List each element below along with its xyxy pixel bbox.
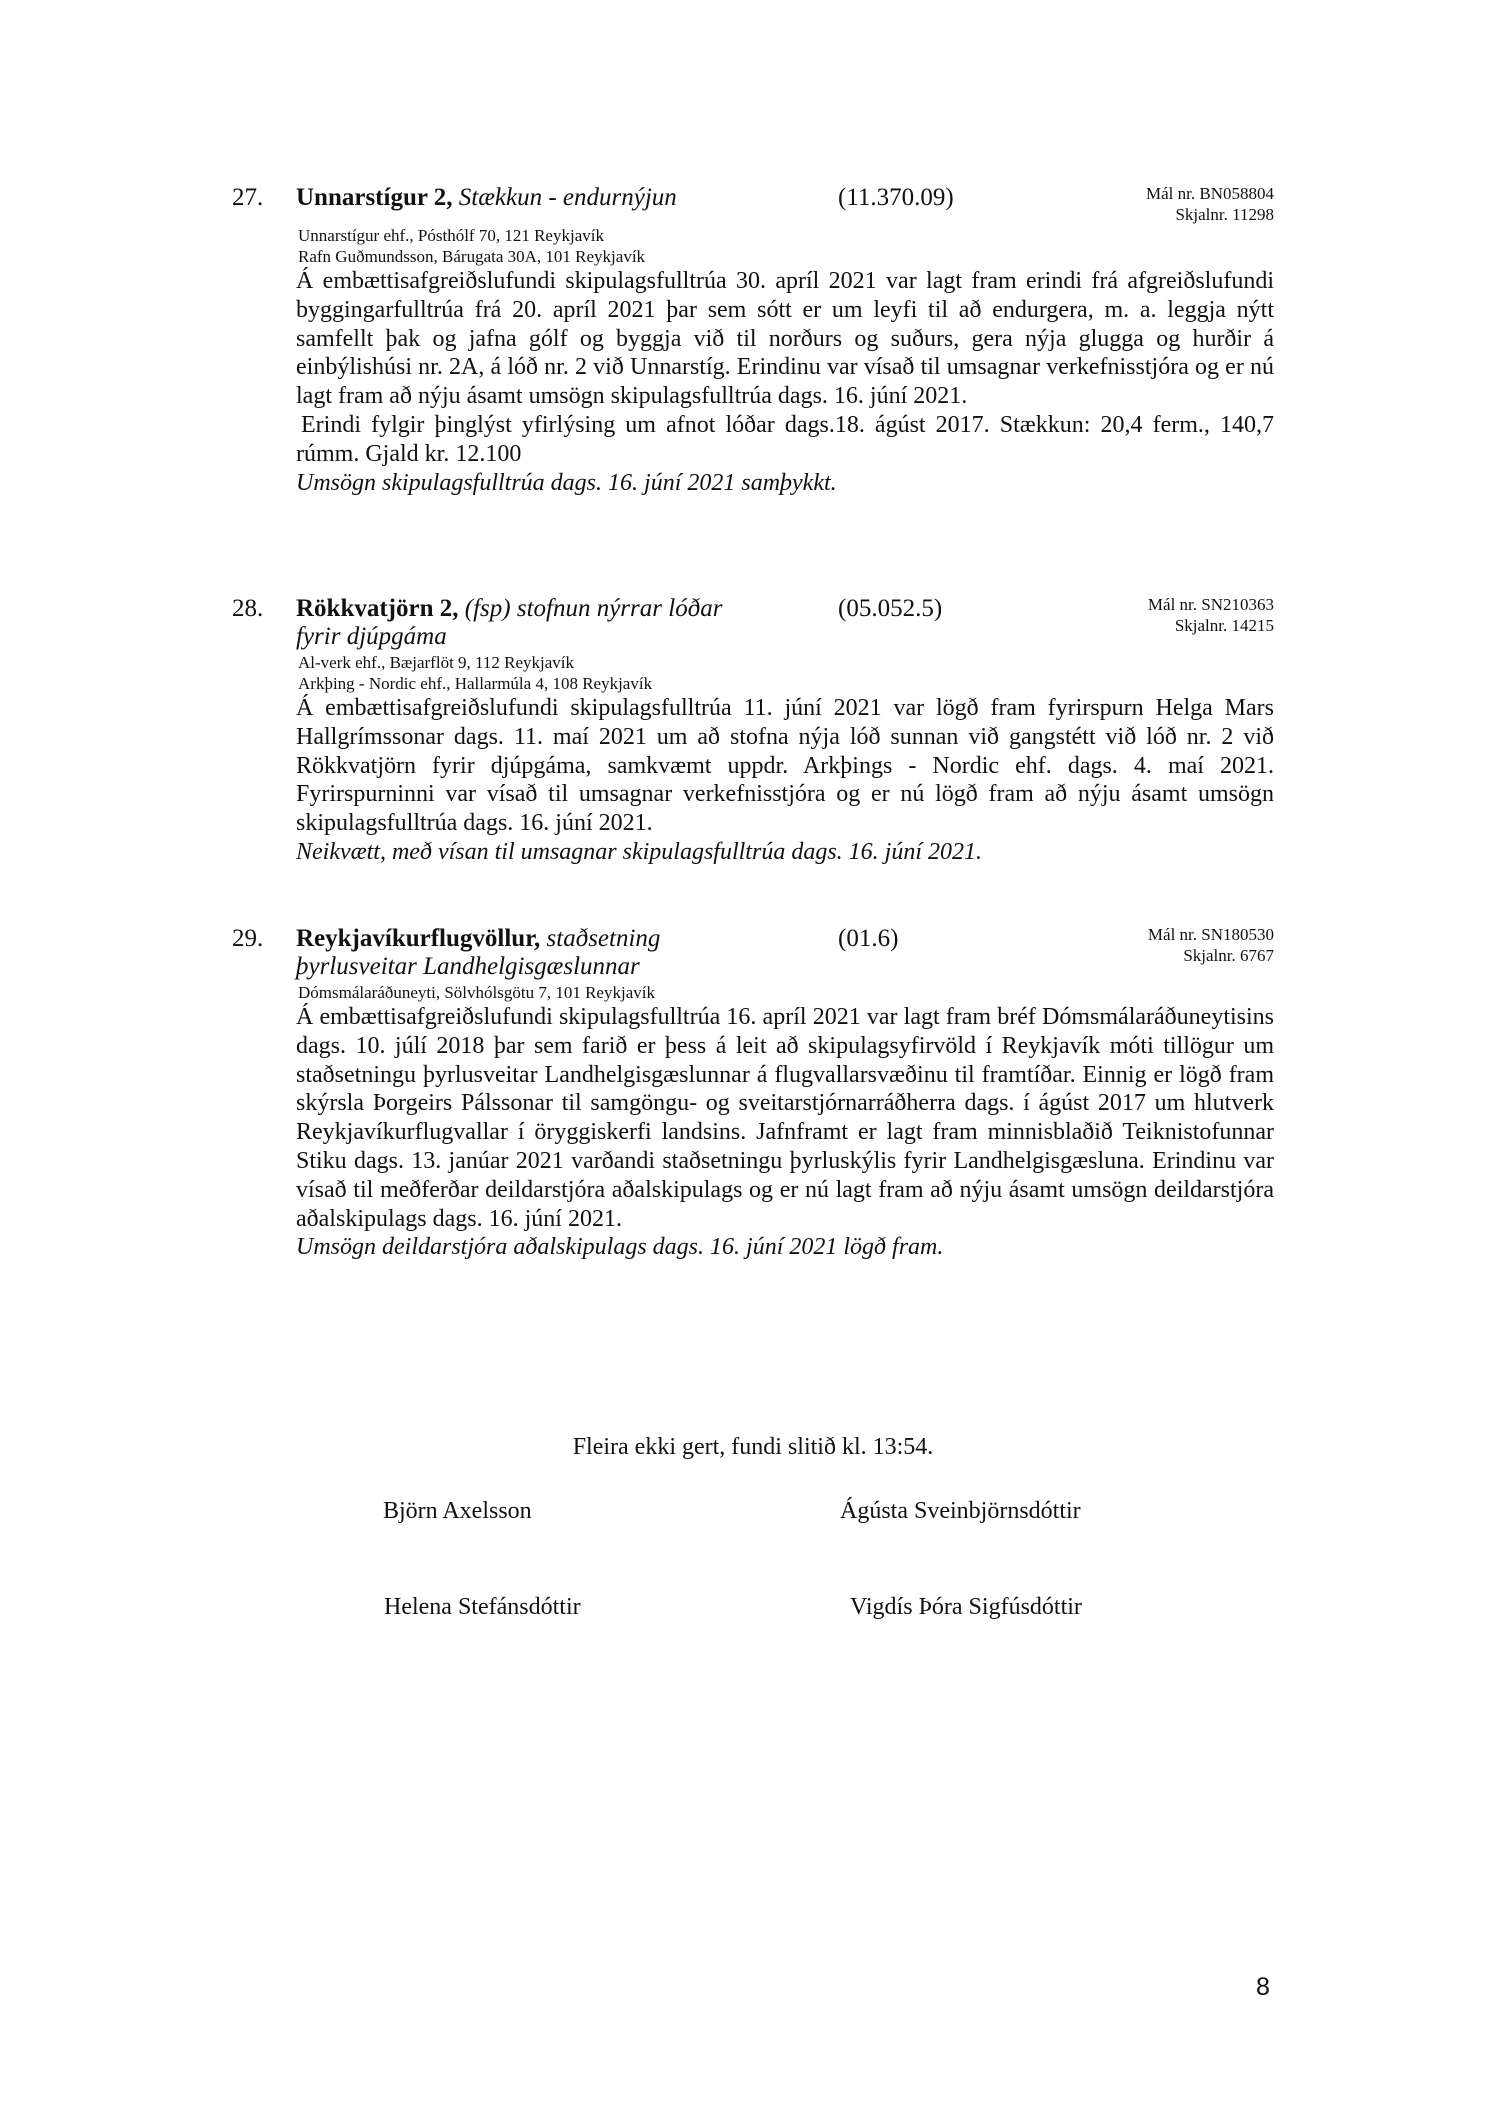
applicant: Arkþing - Nordic ehf., Hallarmúla 4, 108… (298, 673, 1274, 694)
case-number: Mál nr. SN180530 (1148, 924, 1274, 945)
paragraph: Á embættisafgreiðslufundi skipulagsfullt… (296, 1003, 1274, 1233)
item-land-code: (01.6) (838, 922, 898, 956)
case-number: Mál nr. SN210363 (1148, 594, 1274, 615)
page-number: 8 (1256, 1972, 1270, 2002)
item-decision: Neikvætt, með vísan til umsagnar skipula… (296, 838, 1274, 867)
item-reference: Mál nr. SN210363 Skjalnr. 14215 (1148, 594, 1274, 636)
applicant: Rafn Guðmundsson, Bárugata 30A, 101 Reyk… (298, 246, 1274, 267)
item-reference: Mál nr. SN180530 Skjalnr. 6767 (1148, 924, 1274, 966)
item-subject-continued: þyrlusveitar Landhelgisgæslunnar (296, 952, 1274, 982)
applicant: Unnarstígur ehf., Pósthólf 70, 121 Reykj… (298, 225, 1274, 246)
file-number: Skjalnr. 14215 (1148, 615, 1274, 636)
item-subject-continued: fyrir djúpgáma (296, 622, 1274, 652)
case-number: Mál nr. BN058804 (1146, 183, 1274, 204)
item-description: Á embættisafgreiðslufundi skipulagsfullt… (296, 267, 1274, 469)
agenda-item-29: 29. Reykjavíkurflugvöllur, staðsetning (… (232, 922, 1274, 1262)
item-decision: Umsögn deildarstjóra aðalskipulags dags.… (296, 1233, 1274, 1262)
item-title: Rökkvatjörn 2, (fsp) stofnun nýrrar lóða… (296, 592, 722, 626)
item-decision: Umsögn skipulagsfulltrúa dags. 16. júní … (296, 469, 1274, 498)
item-description: Á embættisafgreiðslufundi skipulagsfullt… (296, 694, 1274, 838)
signature-name: Vigdís Þóra Sigfúsdóttir (850, 1592, 1082, 1622)
file-number: Skjalnr. 11298 (1146, 204, 1274, 225)
item-address: Rökkvatjörn 2, (296, 595, 459, 622)
closing-text: Fleira ekki gert, fundi slitið kl. 13:54… (573, 1434, 934, 1460)
item-land-code: (05.052.5) (838, 592, 942, 626)
item-subject: staðsetning (547, 925, 661, 952)
item-reference: Mál nr. BN058804 Skjalnr. 11298 (1146, 183, 1274, 225)
item-address: Unnarstígur 2, (296, 184, 453, 211)
item-address: Reykjavíkurflugvöllur, (296, 925, 540, 952)
item-header: 28. Rökkvatjörn 2, (fsp) stofnun nýrrar … (232, 592, 1274, 626)
item-number: 29. (232, 922, 263, 956)
signature-name: Ágústa Sveinbjörnsdóttir (840, 1496, 1081, 1526)
meeting-closing: Fleira ekki gert, fundi slitið kl. 13:54… (0, 1432, 1500, 1462)
item-subject: (fsp) stofnun nýrrar lóðar (465, 595, 723, 622)
applicant: Al-verk ehf., Bæjarflöt 9, 112 Reykjavík (298, 652, 1274, 673)
item-number: 27. (232, 181, 263, 215)
signature-name: Helena Stefánsdóttir (384, 1592, 581, 1622)
applicants: Unnarstígur ehf., Pósthólf 70, 121 Reykj… (298, 225, 1274, 267)
paragraph: Á embættisafgreiðslufundi skipulagsfullt… (296, 694, 1274, 838)
file-number: Skjalnr. 6767 (1148, 945, 1274, 966)
item-subject: Stækkun - endurnýjun (459, 184, 677, 211)
document-page: 27. Unnarstígur 2, Stækkun - endurnýjun … (0, 0, 1500, 2122)
signature-name: Björn Axelsson (383, 1496, 532, 1526)
applicants: Dómsmálaráðuneyti, Sölvhólsgötu 7, 101 R… (298, 982, 1274, 1003)
item-description: Á embættisafgreiðslufundi skipulagsfullt… (296, 1003, 1274, 1233)
item-header: 27. Unnarstígur 2, Stækkun - endurnýjun … (232, 181, 1274, 215)
paragraph: Á embættisafgreiðslufundi skipulagsfullt… (296, 267, 1274, 411)
item-title: Reykjavíkurflugvöllur, staðsetning (296, 922, 660, 956)
item-title: Unnarstígur 2, Stækkun - endurnýjun (296, 181, 677, 215)
agenda-item-28: 28. Rökkvatjörn 2, (fsp) stofnun nýrrar … (232, 592, 1274, 867)
item-number: 28. (232, 592, 263, 626)
applicant: Dómsmálaráðuneyti, Sölvhólsgötu 7, 101 R… (298, 982, 1274, 1003)
applicants: Al-verk ehf., Bæjarflöt 9, 112 Reykjavík… (298, 652, 1274, 694)
paragraph: Erindi fylgir þinglýst yfirlýsing um afn… (296, 411, 1274, 469)
item-land-code: (11.370.09) (838, 181, 954, 215)
item-header: 29. Reykjavíkurflugvöllur, staðsetning (… (232, 922, 1274, 956)
agenda-item-27: 27. Unnarstígur 2, Stækkun - endurnýjun … (232, 181, 1274, 497)
